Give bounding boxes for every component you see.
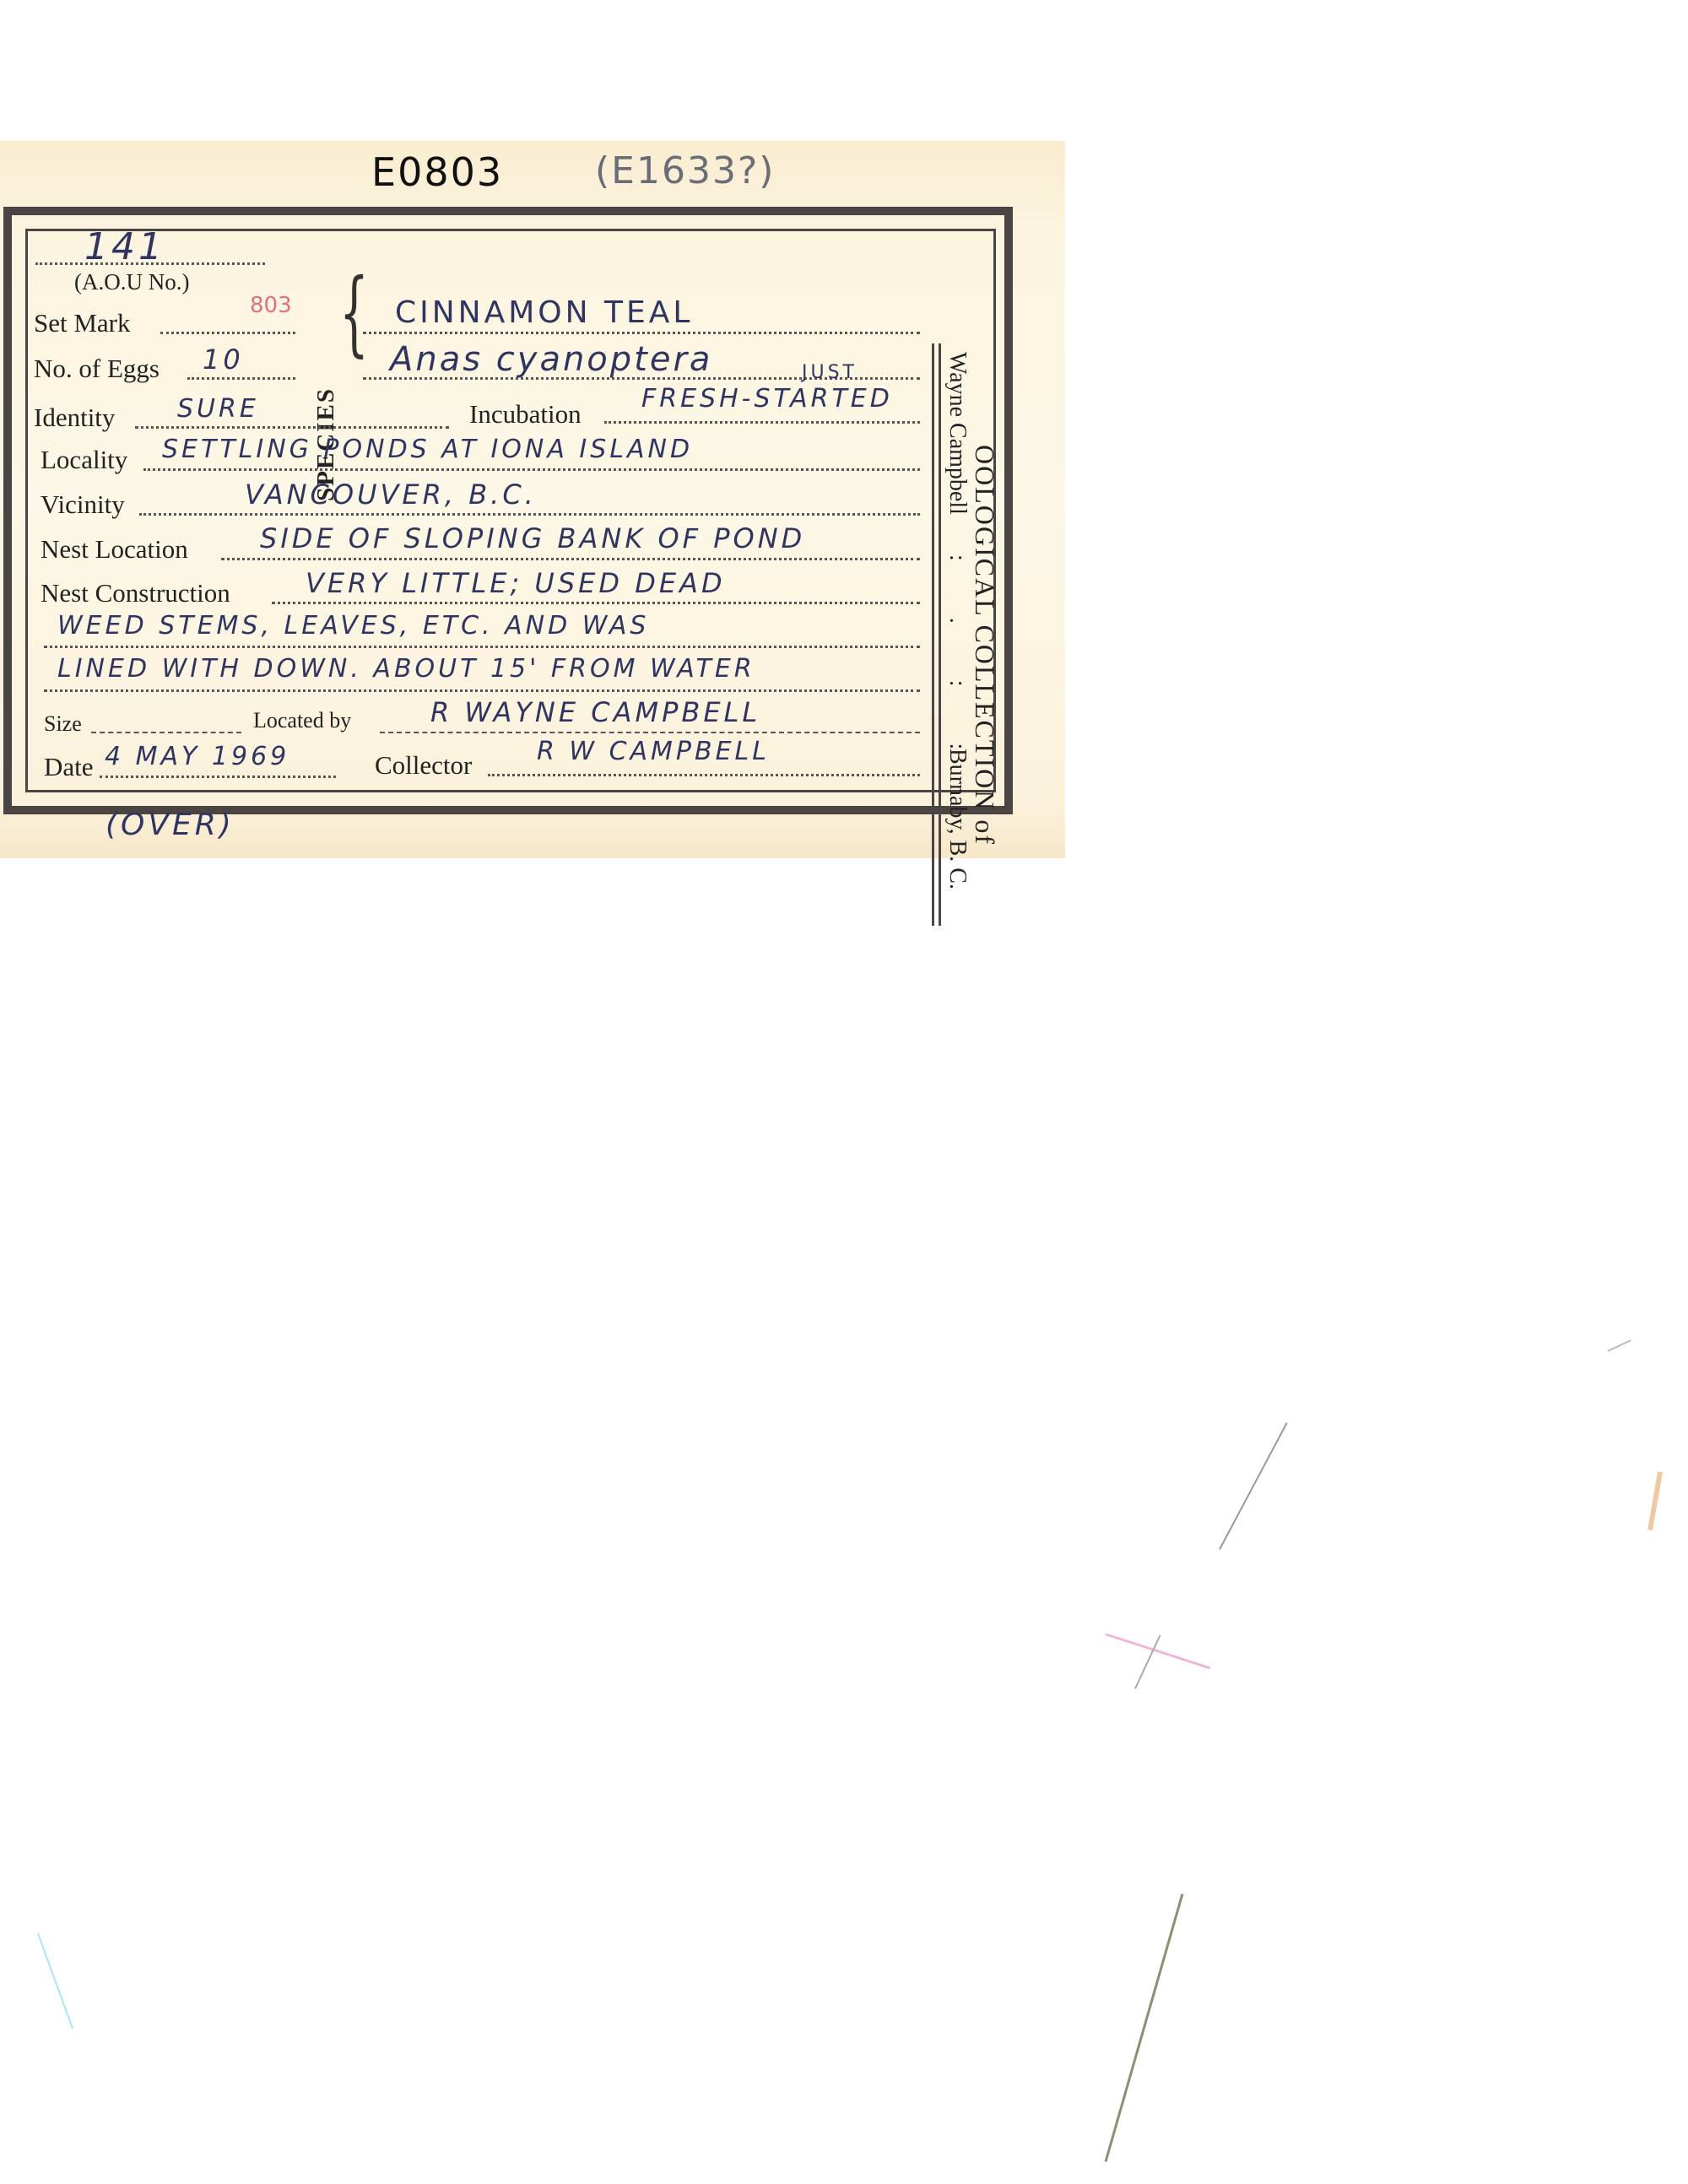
- located-by-label: Located by: [253, 708, 351, 733]
- set-mark-line: [160, 332, 295, 334]
- collection-separator: : . : :: [944, 554, 971, 775]
- set-mark-value: 803: [250, 293, 292, 318]
- species-common-line: [363, 332, 920, 334]
- identity-value: SURE: [177, 394, 259, 424]
- set-mark-label: Set Mark: [34, 308, 131, 338]
- nest-construction-line-3-text: LINED WITH DOWN. ABOUT 15' FROM WATER: [57, 654, 755, 684]
- collector-label: Collector: [375, 750, 472, 781]
- incubation-annotation: JUST: [802, 362, 858, 383]
- aou-number-line: [35, 262, 265, 265]
- scan-artifact: [1608, 1339, 1631, 1351]
- incubation-label: Incubation: [469, 399, 582, 430]
- vicinity-label: Vicinity: [41, 489, 125, 520]
- vicinity-line: [139, 513, 920, 516]
- catalog-number: E0803: [371, 149, 503, 195]
- scan-artifact: [1219, 1422, 1288, 1549]
- no-of-eggs-line: [187, 377, 295, 380]
- located-by-value: R WAYNE CAMPBELL: [430, 696, 760, 728]
- collection-owner: Wayne Campbell: [944, 352, 971, 515]
- date-label: Date: [44, 752, 94, 782]
- nest-construction-line-3: [44, 689, 920, 692]
- scan-artifact: [1647, 1472, 1663, 1531]
- side-column-divider: [932, 343, 934, 926]
- scan-artifact: [1105, 1894, 1184, 2162]
- nest-location-line: [221, 558, 920, 560]
- identity-label: Identity: [34, 403, 115, 433]
- species-scientific-name: Anas cyanoptera: [390, 340, 712, 379]
- no-of-eggs-label: No. of Eggs: [34, 354, 160, 384]
- collector-value: R W CAMPBELL: [537, 737, 770, 766]
- incubation-value: FRESH-STARTED: [641, 384, 893, 414]
- collection-title: OOLOGICAL COLLECTION of: [969, 445, 1000, 846]
- no-of-eggs-value: 10: [203, 343, 244, 376]
- species-common-name: CINNAMON TEAL: [395, 295, 693, 330]
- identity-line: [135, 426, 449, 429]
- collector-line: [488, 774, 920, 776]
- side-column-divider: [939, 343, 941, 926]
- nest-location-value: SIDE OF SLOPING BANK OF POND: [260, 522, 805, 554]
- size-label: Size: [44, 711, 82, 737]
- alternate-catalog-number: (E1633?): [595, 149, 775, 192]
- incubation-line: [604, 421, 920, 424]
- egg-data-card: E0803 (E1633?) OOLOGICAL COLLECTION of W…: [0, 141, 1065, 858]
- scan-artifact: [37, 1933, 73, 2029]
- nest-construction-label: Nest Construction: [41, 578, 230, 608]
- size-line: [91, 732, 241, 733]
- species-brace: {: [339, 266, 369, 359]
- nest-construction-line-2: [44, 646, 920, 648]
- over-note: (OVER): [105, 808, 235, 842]
- nest-location-label: Nest Location: [41, 534, 188, 565]
- aou-number-label: (A.O.U No.): [74, 269, 189, 295]
- locality-value: SETTLING PONDS AT IONA ISLAND: [162, 435, 693, 464]
- nest-construction-line-2-text: WEED STEMS, LEAVES, ETC. AND WAS: [57, 611, 649, 641]
- date-value: 4 MAY 1969: [105, 742, 289, 771]
- date-line: [100, 776, 336, 778]
- locality-label: Locality: [41, 445, 127, 475]
- vicinity-value: VANCOUVER, B.C.: [245, 478, 537, 511]
- located-by-line: [380, 732, 920, 733]
- nest-construction-line-1: [272, 602, 920, 604]
- collection-location: Burnaby, B. C.: [944, 749, 971, 889]
- nest-construction-line-1-text: VERY LITTLE; USED DEAD: [306, 567, 726, 599]
- locality-line: [143, 468, 920, 471]
